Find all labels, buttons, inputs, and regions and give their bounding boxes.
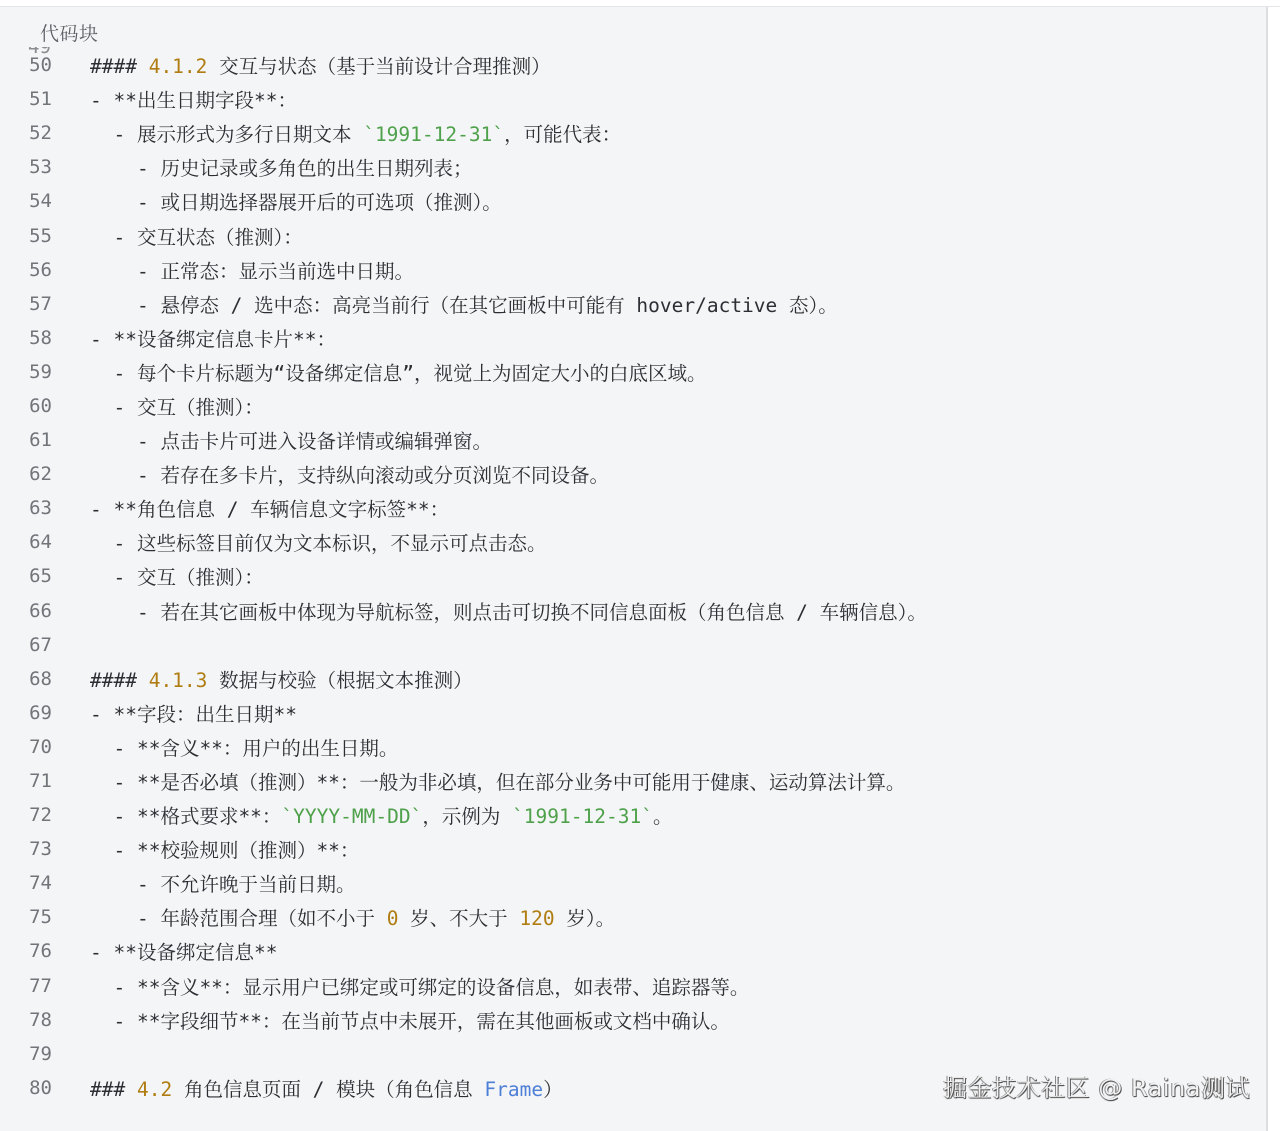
code-token: - **含义**：显示用户已绑定或可绑定的设备信息，如表带、追踪器等。: [90, 976, 749, 999]
line-number: 76: [0, 940, 52, 962]
code-token: - 历史记录或多角色的出生日期列表；: [90, 157, 472, 180]
code-token: 120: [519, 907, 554, 930]
line-content: - **含义**：显示用户已绑定或可绑定的设备信息，如表带、追踪器等。: [90, 972, 749, 1000]
code-token: ）: [543, 1078, 563, 1101]
line-number: 57: [0, 293, 52, 315]
code-line: 73 - **校验规则（推测）**：: [0, 832, 1266, 866]
line-number: 55: [0, 225, 52, 247]
code-block[interactable]: 代码块 49 50#### 4.1.2 交互与状态（基于当前设计合理推测）51-…: [0, 7, 1268, 1131]
line-content: - 展示形式为多行日期文本 `1991-12-31`，可能代表：: [90, 119, 621, 147]
code-line: 54 - 或日期选择器展开后的可选项（推测）。: [0, 184, 1266, 218]
code-line: 59 - 每个卡片标题为“设备绑定信息”，视觉上为固定大小的白底区域。: [0, 355, 1266, 389]
code-line: 50#### 4.1.2 交互与状态（基于当前设计合理推测）: [0, 48, 1266, 82]
line-content: - **出生日期字段**：: [90, 85, 297, 113]
line-number: 58: [0, 327, 52, 349]
code-lines: 50#### 4.1.2 交互与状态（基于当前设计合理推测）51- **出生日期…: [0, 48, 1266, 1105]
code-line: 51- **出生日期字段**：: [0, 82, 1266, 116]
code-token: 4.2: [137, 1078, 172, 1101]
line-content: - **字段细节**：在当前节点中未展开，需在其他画板或文档中确认。: [90, 1006, 730, 1034]
code-token: 。: [653, 805, 673, 828]
line-number: 69: [0, 702, 52, 724]
line-content: #### 4.1.3 数据与校验（根据文本推测）: [90, 665, 473, 693]
code-token: - 每个卡片标题为“设备绑定信息”，视觉上为固定大小的白底区域。: [90, 362, 706, 385]
code-token: ####: [90, 669, 149, 692]
top-divider: [0, 0, 1280, 7]
code-token: 数据与校验（根据文本推测）: [207, 669, 472, 692]
code-line: 56 - 正常态：显示当前选中日期。: [0, 253, 1266, 287]
code-token: - **字段：出生日期**: [90, 703, 297, 726]
line-number: 74: [0, 872, 52, 894]
code-token: - **校验规则（推测）**：: [90, 839, 359, 862]
code-token: - **含义**：用户的出生日期。: [90, 737, 398, 760]
line-content: - 交互（推测）：: [90, 392, 264, 420]
line-content: - 不允许晚于当前日期。: [90, 869, 355, 897]
line-content: - 若在其它画板中体现为导航标签，则点击可切换不同信息面板（角色信息 / 车辆信…: [90, 597, 927, 625]
code-line: 66 - 若在其它画板中体现为导航标签，则点击可切换不同信息面板（角色信息 / …: [0, 594, 1266, 628]
code-line: 78 - **字段细节**：在当前节点中未展开，需在其他画板或文档中确认。: [0, 1003, 1266, 1037]
code-line: 71 - **是否必填（推测）**：一般为非必填，但在部分业务中可能用于健康、运…: [0, 764, 1266, 798]
code-token: Frame: [484, 1078, 543, 1101]
code-token: ###: [90, 1078, 137, 1101]
line-content: - **校验规则（推测）**：: [90, 835, 359, 863]
line-content: - 正常态：显示当前选中日期。: [90, 256, 414, 284]
line-content: - 或日期选择器展开后的可选项（推测）。: [90, 187, 502, 215]
code-line: 75 - 年龄范围合理（如不小于 0 岁、不大于 120 岁）。: [0, 900, 1266, 934]
code-token: `1991-12-31`: [363, 123, 504, 146]
line-number: 67: [0, 634, 52, 656]
code-line: 77 - **含义**：显示用户已绑定或可绑定的设备信息，如表带、追踪器等。: [0, 969, 1266, 1003]
line-content: - 点击卡片可进入设备详情或编辑弹窗。: [90, 426, 492, 454]
code-line: 74 - 不允许晚于当前日期。: [0, 866, 1266, 900]
code-line: 52 - 展示形式为多行日期文本 `1991-12-31`，可能代表：: [0, 116, 1266, 150]
code-token: ####: [90, 55, 149, 78]
code-token: `1991-12-31`: [512, 805, 653, 828]
line-content: - **设备绑定信息**: [90, 937, 277, 965]
code-token: ，示例为: [422, 805, 512, 828]
code-line: 68#### 4.1.3 数据与校验（根据文本推测）: [0, 662, 1266, 696]
code-line: 61 - 点击卡片可进入设备详情或编辑弹窗。: [0, 423, 1266, 457]
line-number: 53: [0, 156, 52, 178]
line-number: 72: [0, 804, 52, 826]
line-content: #### 4.1.2 交互与状态（基于当前设计合理推测）: [90, 51, 551, 79]
code-line: 72 - **格式要求**：`YYYY-MM-DD`，示例为 `1991-12-…: [0, 798, 1266, 832]
code-line: 67: [0, 628, 1266, 662]
code-line: 69- **字段：出生日期**: [0, 696, 1266, 730]
line-number: 73: [0, 838, 52, 860]
line-number: 77: [0, 975, 52, 997]
line-number: 78: [0, 1009, 52, 1031]
line-number: 64: [0, 531, 52, 553]
line-number: 79: [0, 1043, 52, 1065]
line-content: - **字段：出生日期**: [90, 699, 297, 727]
code-token: - 这些标签目前仅为文本标识，不显示可点击态。: [90, 532, 546, 555]
line-content: - 交互（推测）：: [90, 562, 264, 590]
code-token: - 或日期选择器展开后的可选项（推测）。: [90, 191, 502, 214]
code-line: 70 - **含义**：用户的出生日期。: [0, 730, 1266, 764]
line-number: 50: [0, 54, 52, 76]
code-token: - **是否必填（推测）**：一般为非必填，但在部分业务中可能用于健康、运动算法…: [90, 771, 905, 794]
code-token: - **出生日期字段**：: [90, 89, 297, 112]
code-line: 57 - 悬停态 / 选中态：高亮当前行（在其它画板中可能有 hover/act…: [0, 287, 1266, 321]
code-token: `YYYY-MM-DD`: [281, 805, 422, 828]
line-content: - 若存在多卡片，支持纵向滚动或分页浏览不同设备。: [90, 460, 609, 488]
code-token: 4.1.2: [149, 55, 208, 78]
line-content: - 年龄范围合理（如不小于 0 岁、不大于 120 岁）。: [90, 903, 615, 931]
line-content: - 这些标签目前仅为文本标识，不显示可点击态。: [90, 528, 546, 556]
line-number: 75: [0, 906, 52, 928]
line-number: 80: [0, 1077, 52, 1099]
line-number: 62: [0, 463, 52, 485]
line-number: 54: [0, 190, 52, 212]
line-content: - 历史记录或多角色的出生日期列表；: [90, 153, 472, 181]
line-number: 52: [0, 122, 52, 144]
code-token: - 展示形式为多行日期文本: [90, 123, 363, 146]
code-token: - 正常态：显示当前选中日期。: [90, 260, 414, 283]
code-line: 64 - 这些标签目前仅为文本标识，不显示可点击态。: [0, 525, 1266, 559]
line-content: - 交互状态（推测）：: [90, 222, 303, 250]
code-line: 63- **角色信息 / 车辆信息文字标签**：: [0, 491, 1266, 525]
line-content: - **格式要求**：`YYYY-MM-DD`，示例为 `1991-12-31`…: [90, 801, 672, 829]
code-token: 角色信息页面 / 模块（角色信息: [172, 1078, 484, 1101]
line-number: 66: [0, 600, 52, 622]
line-content: - **角色信息 / 车辆信息文字标签**：: [90, 494, 449, 522]
code-line: 58- **设备绑定信息卡片**：: [0, 321, 1266, 355]
code-line: 62 - 若存在多卡片，支持纵向滚动或分页浏览不同设备。: [0, 457, 1266, 491]
code-token: - 若存在多卡片，支持纵向滚动或分页浏览不同设备。: [90, 464, 609, 487]
code-line: 65 - 交互（推测）：: [0, 559, 1266, 593]
line-number: 71: [0, 770, 52, 792]
line-number: 70: [0, 736, 52, 758]
code-line: 55 - 交互状态（推测）：: [0, 218, 1266, 252]
watermark: 掘金技术社区 @ Raina测试: [943, 1068, 1250, 1103]
line-number: 51: [0, 88, 52, 110]
line-number: 63: [0, 497, 52, 519]
line-content: ### 4.2 角色信息页面 / 模块（角色信息 Frame）: [90, 1074, 563, 1102]
code-token: 岁）。: [555, 907, 616, 930]
code-token: 4.1.3: [149, 669, 208, 692]
code-token: - 不允许晚于当前日期。: [90, 873, 355, 896]
line-number: 56: [0, 259, 52, 281]
code-token: - 交互（推测）：: [90, 566, 264, 589]
line-content: - 悬停态 / 选中态：高亮当前行（在其它画板中可能有 hover/active…: [90, 290, 838, 318]
code-token: - 若在其它画板中体现为导航标签，则点击可切换不同信息面板（角色信息 / 车辆信…: [90, 601, 927, 624]
code-line: 76- **设备绑定信息**: [0, 934, 1266, 968]
line-number: 68: [0, 668, 52, 690]
line-content: - **是否必填（推测）**：一般为非必填，但在部分业务中可能用于健康、运动算法…: [90, 767, 905, 795]
code-token: 交互与状态（基于当前设计合理推测）: [207, 55, 550, 78]
code-token: - **角色信息 / 车辆信息文字标签**：: [90, 498, 449, 521]
code-token: - **设备绑定信息卡片**：: [90, 328, 336, 351]
code-token: - **格式要求**：: [90, 805, 281, 828]
code-token: 岁、不大于: [398, 907, 519, 930]
code-line: 79: [0, 1037, 1266, 1071]
code-block-label: 代码块: [40, 19, 99, 46]
code-line: 60 - 交互（推测）：: [0, 389, 1266, 423]
code-line: 53 - 历史记录或多角色的出生日期列表；: [0, 150, 1266, 184]
code-token: - 点击卡片可进入设备详情或编辑弹窗。: [90, 430, 492, 453]
line-content: - 每个卡片标题为“设备绑定信息”，视觉上为固定大小的白底区域。: [90, 358, 706, 386]
line-content: - **设备绑定信息卡片**：: [90, 324, 336, 352]
code-token: ，可能代表：: [504, 123, 621, 146]
code-token: - 年龄范围合理（如不小于: [90, 907, 387, 930]
line-number: 59: [0, 361, 52, 383]
line-number: 65: [0, 565, 52, 587]
code-token: - 交互（推测）：: [90, 396, 264, 419]
line-content: - **含义**：用户的出生日期。: [90, 733, 398, 761]
line-number: 61: [0, 429, 52, 451]
code-token: - 悬停态 / 选中态：高亮当前行（在其它画板中可能有 hover/active…: [90, 294, 838, 317]
code-token: - 交互状态（推测）：: [90, 226, 303, 249]
code-token: - **字段细节**：在当前节点中未展开，需在其他画板或文档中确认。: [90, 1010, 730, 1033]
code-token: - **设备绑定信息**: [90, 941, 277, 964]
line-number: 60: [0, 395, 52, 417]
code-token: 0: [387, 907, 399, 930]
